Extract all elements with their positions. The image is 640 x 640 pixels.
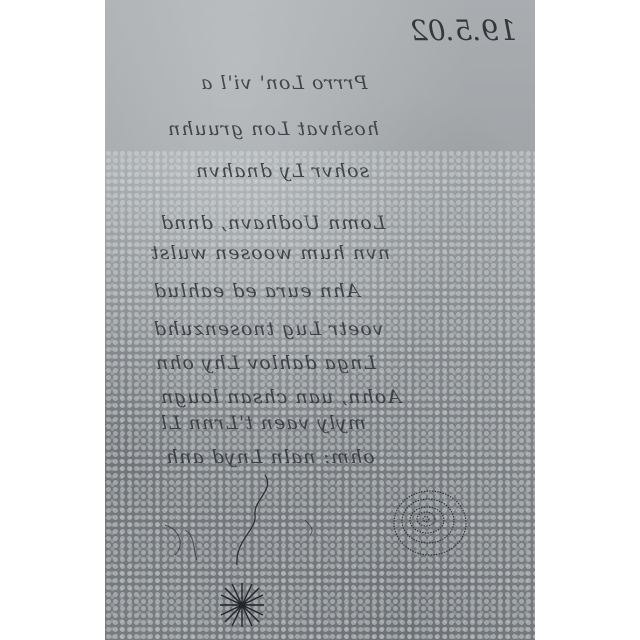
squiggle-icon <box>125 470 325 570</box>
handwritten-line: Aohn, uan chsan lougn <box>160 386 401 408</box>
handwritten-line: Lnga dahlov Lhy ohn <box>155 352 376 374</box>
handwritten-line: Ahn eura ed eahlud <box>153 280 360 302</box>
artwork-print: 19.5.02 Prrro Lon' vi'l a hoshvat Lon gr… <box>105 0 535 640</box>
handwritten-line: nvn hum woosen wulst <box>150 242 390 264</box>
handwritten-line: ohm: naln Lnyd anh <box>165 446 375 468</box>
starburst-icon <box>217 580 267 630</box>
handwritten-line: myly vaen t'Lrnn Ll <box>160 412 366 434</box>
handwritten-line: sohvr Ly dnahvn <box>195 160 369 182</box>
handwritten-line: Lomn Uodhavn, dnnd <box>160 212 385 234</box>
handwritten-line: voetr Lug tnosenzuhd <box>153 318 383 340</box>
handwritten-line: hoshvat Lon gruuhn <box>167 118 379 140</box>
handwritten-line: Prrro Lon' vi'l a <box>200 72 368 94</box>
date-mark: 19.5.02 <box>410 14 517 47</box>
spiral-icon <box>390 485 470 565</box>
